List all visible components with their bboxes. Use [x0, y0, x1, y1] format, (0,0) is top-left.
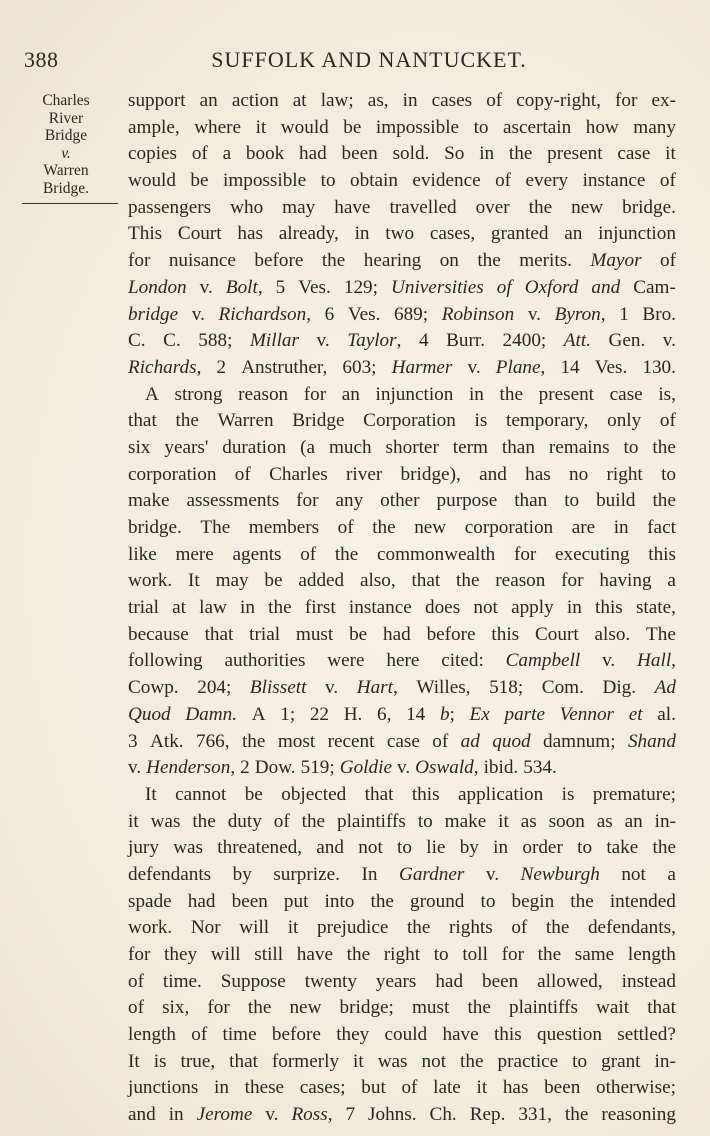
margin-note-line: Warren: [24, 162, 108, 180]
text-line: Astrongreasonforaninjunctioninthepresent…: [128, 382, 676, 409]
text-line: v.Henderson,2Dow.519;Goldiev.Oswald,ibid…: [128, 755, 676, 782]
margin-note-line: Bridge: [24, 127, 108, 145]
text-line: passengerswhomayhavetravelledoverthenewb…: [128, 195, 676, 222]
text-line: Cowp.204;Blissettv.Hart,Willes,518;Com.D…: [128, 675, 676, 702]
text-line: spadehadbeenputintothegroundtobeginthein…: [128, 889, 676, 916]
text-line: copiesofabookhadbeensold.Sointhepresentc…: [128, 141, 676, 168]
text-line: bridge.Themembersofthenewcorporationarei…: [128, 515, 676, 542]
text-line: itwasthedutyoftheplaintiffstomakeitassoo…: [128, 809, 676, 836]
text-line: oftime.Supposetwentyyearshadbeenallowed,…: [128, 969, 676, 996]
text-line: jurywasthreatened,andnottoliebyinorderto…: [128, 835, 676, 862]
page-header: 388 SUFFOLK AND NANTUCKET.: [24, 47, 684, 77]
text-line: lengthoftimebeforetheycouldhavethisquest…: [128, 1022, 676, 1049]
text-line: bridgev.Richardson,6Ves.689;Robinsonv.By…: [128, 302, 676, 329]
text-line: Itistrue,thatformerlyitwasnotthepractice…: [128, 1049, 676, 1076]
text-line: fortheywillstillhavetherighttotollforthe…: [128, 942, 676, 969]
text-line: Londonv.Bolt,5Ves.129;UniversitiesofOxfo…: [128, 275, 676, 302]
text-line: C.C.588;Millarv.Taylor,4Burr.2400;Att.Ge…: [128, 328, 676, 355]
body-text: supportanactionatlaw;as,incasesofcopy-ri…: [128, 88, 676, 1129]
margin-note-line: Charles: [24, 92, 108, 110]
text-line: followingauthoritieswereherecited:Campbe…: [128, 648, 676, 675]
text-line: ofsix,forthenewbridge;musttheplaintiffsw…: [128, 995, 676, 1022]
text-line: corporationofCharlesriverbridge),andhasn…: [128, 462, 676, 489]
running-head: SUFFOLK AND NANTUCKET.: [24, 47, 684, 73]
text-line: Richards,2Anstruther,603;Harmerv.Plane,1…: [128, 355, 676, 382]
margin-note-line: v.: [24, 145, 108, 163]
book-page: 388 SUFFOLK AND NANTUCKET. CharlesRiverB…: [0, 0, 710, 1136]
text-line: ThisCourthasalready,intwocases,grantedan…: [128, 221, 676, 248]
text-line: likemereagentsofthecommonwealthforexecut…: [128, 542, 676, 569]
text-line: makeassessmentsforanyotherpurposethantob…: [128, 488, 676, 515]
text-line: trialatlawinthefirstinstancedoesnotapply…: [128, 595, 676, 622]
text-line: supportanactionatlaw;as,incasesofcopy-ri…: [128, 88, 676, 115]
text-line: junctionsinthesecases;butoflateithasbeen…: [128, 1075, 676, 1102]
text-line: work.Itmaybeaddedalso,thatthereasonforha…: [128, 568, 676, 595]
text-line: ample,whereitwouldbeimpossibletoascertai…: [128, 115, 676, 142]
text-line: 3Atk.766,themostrecentcaseofadquoddamnum…: [128, 729, 676, 756]
text-line: fornuisancebeforethehearingonthemerits.M…: [128, 248, 676, 275]
text-line: thattheWarrenBridgeCorporationistemporar…: [128, 408, 676, 435]
margin-divider: [22, 203, 118, 204]
text-line: becausethattrialmustbehadbeforethisCourt…: [128, 622, 676, 649]
text-line: QuodDamn.A1;22H.6,14b;ExparteVennoretal.: [128, 702, 676, 729]
text-line: work.Norwillitprejudicetherightsofthedef…: [128, 915, 676, 942]
text-line: defendantsbysurprize.InGardnerv.Newburgh…: [128, 862, 676, 889]
text-line: Itcannotbeobjectedthatthisapplicationisp…: [128, 782, 676, 809]
text-line: andinJeromev.Ross,7Johns.Ch.Rep.331,ther…: [128, 1102, 676, 1129]
margin-note-line: River: [24, 110, 108, 128]
margin-note-line: Bridge.: [24, 180, 108, 198]
text-line: sixyears'duration(amuchshortertermthanre…: [128, 435, 676, 462]
text-line: wouldbeimpossibletoobtainevidenceofevery…: [128, 168, 676, 195]
margin-note-case-title: CharlesRiverBridgev.WarrenBridge.: [24, 92, 108, 197]
